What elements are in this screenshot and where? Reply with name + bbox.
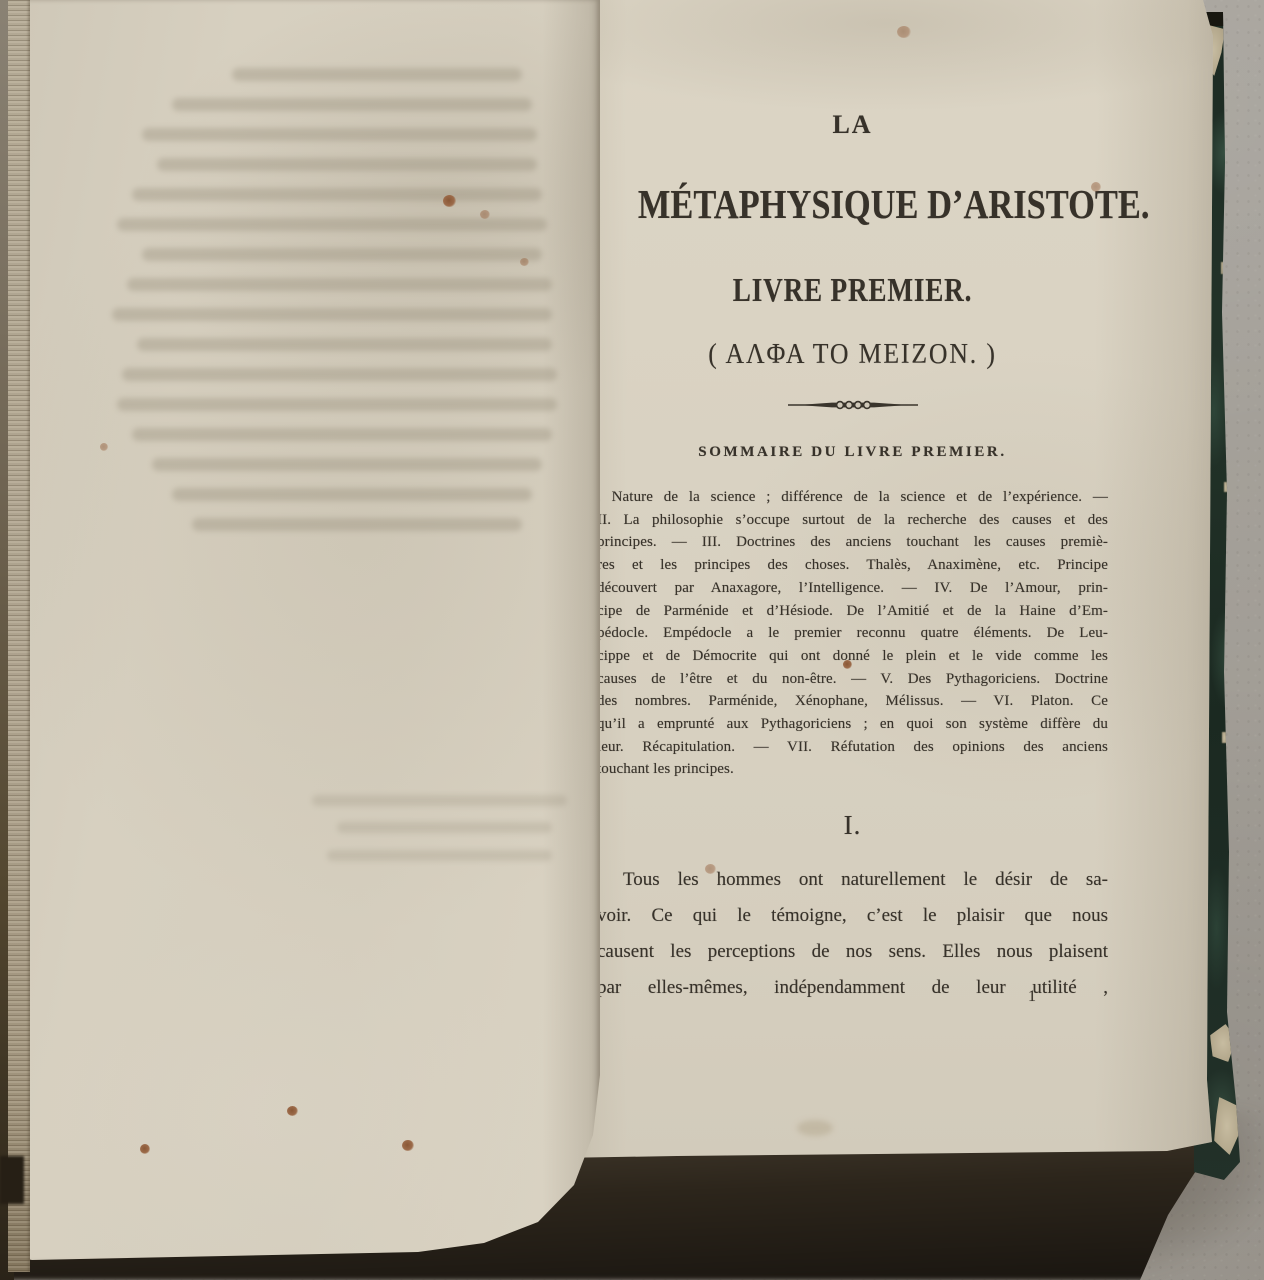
foxing-spot bbox=[843, 660, 852, 669]
ornament-rule-icon bbox=[788, 398, 918, 412]
ghost-text-line bbox=[132, 428, 552, 441]
open-book-photo: LA MÉTAPHYSIQUE D’ARISTOTE. LIVRE PREMIE… bbox=[0, 0, 1264, 1280]
half-title: LA bbox=[597, 110, 1108, 140]
ghost-text-line bbox=[172, 488, 532, 501]
summary-line: découvert par Anaxagore, l’Intelligence.… bbox=[597, 577, 1108, 600]
ghost-text-line bbox=[127, 278, 552, 291]
foxing-spot bbox=[402, 1140, 414, 1151]
foxing-spot bbox=[480, 210, 490, 219]
section-numeral: I. bbox=[597, 810, 1108, 841]
ghost-text-line bbox=[312, 795, 567, 806]
summary-paragraph: . Nature de la science ; différence de l… bbox=[597, 486, 1108, 781]
ghost-text-line bbox=[112, 308, 552, 321]
ghost-text-line bbox=[192, 518, 522, 531]
foxing-spot bbox=[140, 1144, 150, 1154]
summary-line: touchant les principes. bbox=[597, 758, 1108, 781]
summary-line: cipe de Parménide et d’Hésiode. De l’Ami… bbox=[597, 600, 1108, 623]
summary-line: des nombres. Parménide, Xénophane, Mélis… bbox=[597, 690, 1108, 713]
ghost-text-line bbox=[142, 248, 542, 261]
summary-line: res et les principes des choses. Thalès,… bbox=[597, 554, 1108, 577]
ghost-text-line bbox=[137, 338, 552, 351]
book-heading: LIVRE PREMIER. bbox=[648, 272, 1057, 310]
summary-heading: SOMMAIRE DU LIVRE PREMIER. bbox=[597, 444, 1108, 461]
body-line: Tous les hommes ont naturellement le dés… bbox=[597, 862, 1108, 898]
ghost-text-line bbox=[117, 218, 547, 231]
summary-line: cippe et de Démocrite qui ont donné le p… bbox=[597, 645, 1108, 668]
fore-edge-notch bbox=[0, 1156, 24, 1204]
greek-subtitle: ( ΑΛΦΑ ΤΟ ΜΕΙΖΟΝ. ) bbox=[617, 339, 1087, 371]
body-line: causent les perceptions de nos sens. Ell… bbox=[597, 934, 1108, 970]
main-title: MÉTAPHYSIQUE D’ARISTOTE. bbox=[638, 180, 1067, 228]
ghost-text-line bbox=[327, 850, 552, 861]
foxing-spot bbox=[897, 26, 911, 38]
foxing-spot bbox=[520, 258, 529, 266]
left-verso-page bbox=[22, 0, 600, 1262]
body-paragraph: Tous les hommes ont naturellement le dés… bbox=[597, 862, 1108, 1006]
paper-stain bbox=[797, 1120, 833, 1136]
foxing-spot bbox=[705, 864, 716, 874]
summary-line: qu’il a emprunté aux Pythagoriciens ; en… bbox=[597, 713, 1108, 736]
body-line: voir. Ce qui le témoigne, c’est le plais… bbox=[597, 898, 1108, 934]
ghost-text-line bbox=[232, 68, 522, 81]
foxing-spot bbox=[100, 443, 108, 451]
ghost-text-line bbox=[122, 368, 557, 381]
foxing-spot bbox=[287, 1106, 298, 1116]
foxing-spot bbox=[1091, 182, 1101, 192]
page-number: 1 bbox=[1012, 988, 1052, 1006]
summary-line: principes. — III. Doctrines des anciens … bbox=[597, 531, 1108, 554]
ghost-text-line bbox=[132, 188, 542, 201]
ghost-text-line bbox=[142, 128, 537, 141]
ghost-text-line bbox=[152, 458, 542, 471]
summary-line: leur. Récapitulation. — VII. Réfutation … bbox=[597, 736, 1108, 759]
summary-line: II. La philosophie s’occupe surtout de l… bbox=[597, 509, 1108, 532]
ghost-text-line bbox=[337, 822, 552, 833]
page-block-fore-edge bbox=[8, 0, 30, 1272]
ghost-text-line bbox=[157, 158, 537, 171]
foxing-spot bbox=[443, 195, 456, 207]
board-tear bbox=[1214, 1097, 1240, 1155]
summary-line: causes de l’être et du non-être. — V. De… bbox=[597, 668, 1108, 691]
summary-line: pédocle. Empédocle a le premier reconnu … bbox=[597, 622, 1108, 645]
ghost-text-line bbox=[172, 98, 532, 111]
summary-line: . Nature de la science ; différence de l… bbox=[597, 486, 1108, 509]
title-page: LA MÉTAPHYSIQUE D’ARISTOTE. LIVRE PREMIE… bbox=[557, 0, 1213, 1162]
fleuron-ornament bbox=[597, 398, 1108, 417]
ghost-text-line bbox=[117, 398, 557, 411]
